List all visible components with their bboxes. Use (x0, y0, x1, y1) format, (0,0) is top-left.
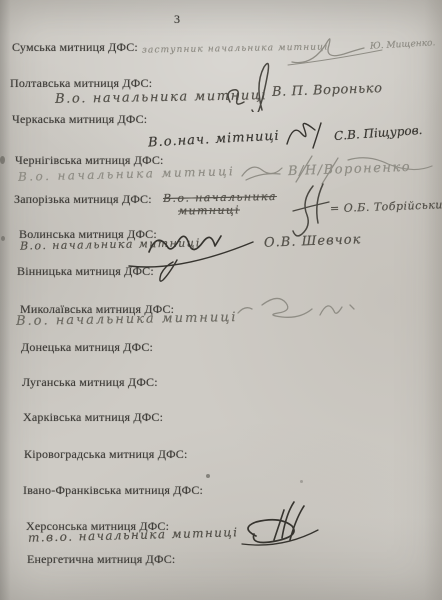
customs-row-label-donetska: Донецька митниця ДФС: (21, 340, 153, 355)
handwritten-name-volynska: О.В. Шевчок (264, 232, 362, 250)
scan-artifact (300, 480, 303, 483)
page-number: 3 (174, 12, 180, 27)
handwritten-title-cherkaska: В.о.нач. мітниці (148, 129, 280, 151)
handwritten-name-cherkaska: С.В. Піщуров. (334, 123, 423, 143)
scan-artifact (206, 474, 210, 478)
chernihivska-signature-scribble-icon (238, 154, 438, 188)
handwritten-title-zaporizka-line2: митниці (178, 203, 240, 217)
scanned-document-page: 3 Сумська митниця ДФС: Полтавська митниц… (0, 0, 442, 600)
sumska-signature-scribble-icon (286, 30, 440, 70)
handwritten-name-poltavska: В. П. Воронько (272, 81, 383, 100)
scan-artifact (1, 236, 5, 241)
customs-row-label-poltavska: Полтавська митниця ДФС: (10, 76, 152, 91)
customs-row-label-sumska: Сумська митниця ДФС: (12, 40, 138, 55)
customs-row-label-kirovohradska: Кіровоградська митниця ДФС: (24, 447, 188, 462)
customs-row-label-kharkivska: Харківська митниця ДФС: (23, 410, 163, 425)
volynska-signature-scribble-icon (125, 226, 265, 282)
customs-row-label-zaporizka: Запорізька митниця ДФС: (14, 192, 152, 207)
scan-artifact (0, 156, 5, 164)
handwritten-name-zaporizka: = О.Б. Тобрійський- (330, 198, 442, 215)
mykolaivska-signature-scribble-icon (232, 291, 374, 329)
handwritten-title-zaporizka-line1: В.о. начальника (163, 190, 277, 205)
customs-row-label-ivano-frankivska: Івано-Франківська митниця ДФС: (23, 483, 203, 498)
khersonska-signature-scribble-icon (222, 496, 330, 554)
cherkaska-signature-scribble-icon (283, 120, 335, 152)
customs-row-label-enerhetychna: Енергетична митниця ДФС: (27, 552, 175, 567)
handwritten-title-mykolaivska: В.о. начальника митниці (16, 310, 238, 329)
customs-row-label-cherkaska: Черкаська митниця ДФС: (12, 112, 147, 127)
zaporizka-signature-scribble-icon (283, 181, 335, 239)
customs-row-label-luhanska: Луганська митниця ДФС: (22, 375, 158, 390)
